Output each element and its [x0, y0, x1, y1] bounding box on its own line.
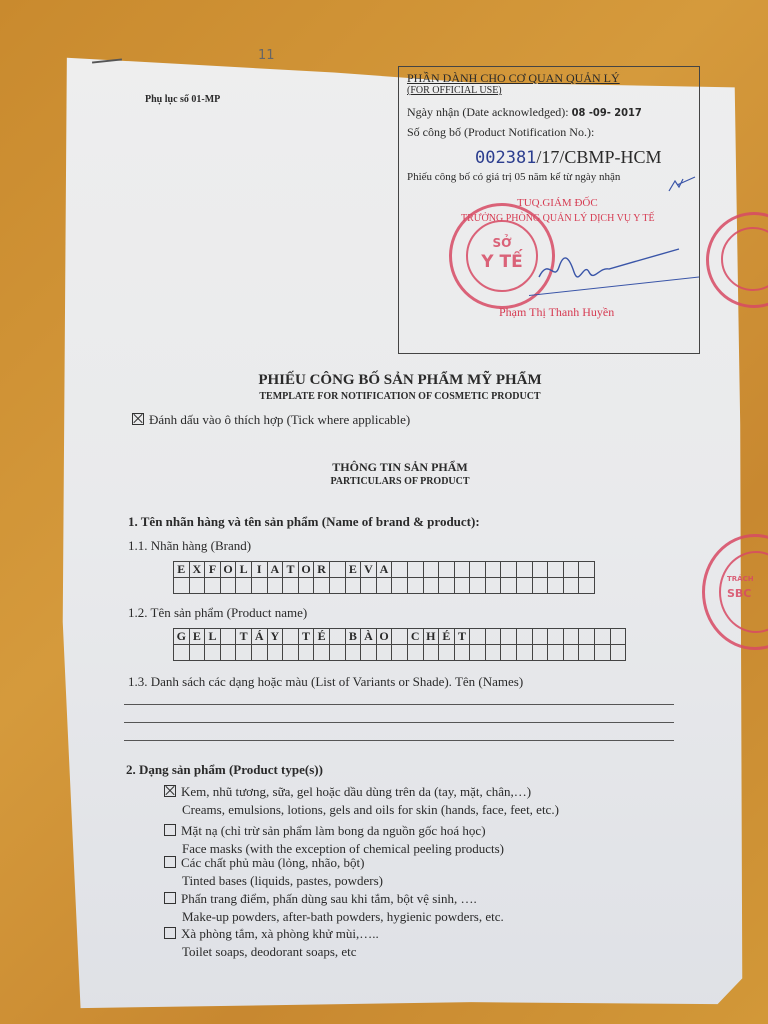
grid-cell[interactable] [283, 578, 299, 594]
grid-cell[interactable] [517, 578, 533, 594]
grid-cell[interactable]: F [205, 562, 221, 578]
grid-cell[interactable] [236, 578, 252, 594]
grid-cell[interactable] [501, 629, 517, 645]
form-title-en: TEMPLATE FOR NOTIFICATION OF COSMETIC PR… [0, 391, 768, 402]
section-title-vi: THÔNG TIN SẢN PHẨM [0, 460, 768, 475]
grid-cell[interactable] [376, 645, 392, 661]
grid-cell[interactable] [548, 578, 564, 594]
grid-cell[interactable] [485, 578, 501, 594]
product-name-input-grid[interactable]: GELTÁYTÉBÀOCHÉT [173, 628, 626, 661]
grid-cell[interactable] [174, 578, 190, 594]
notification-label: Số công bố (Product Notification No.): [407, 125, 594, 140]
option-label-en: Toilet soaps, deodorant soaps, etc [182, 944, 357, 960]
section2-heading: 2. Dạng sản phẩm (Product type(s)) [126, 762, 323, 778]
official-title-en: (FOR OFFICIAL USE) [407, 85, 502, 96]
checkbox-icon[interactable] [164, 892, 176, 904]
grid-cell[interactable] [376, 578, 392, 594]
grid-cell[interactable] [563, 562, 579, 578]
grid-cell[interactable]: B [345, 629, 361, 645]
grid-cell[interactable] [548, 562, 564, 578]
signature [529, 237, 699, 307]
grid-cell[interactable]: E [174, 562, 190, 578]
grid-cell[interactable] [174, 645, 190, 661]
grid-cell[interactable] [470, 645, 486, 661]
option-label-vi: Phấn trang điểm, phấn dùng sau khi tắm, … [181, 891, 477, 906]
section-title-en: PARTICULARS OF PRODUCT [0, 476, 768, 487]
date-label: Ngày nhận (Date acknowledged): [407, 105, 569, 119]
section1-heading: 1. Tên nhãn hàng và tên sản phẩm (Name o… [128, 514, 480, 530]
product-type-option[interactable]: Phấn trang điểm, phấn dùng sau khi tắm, … [164, 891, 477, 907]
grid-cell[interactable] [392, 562, 408, 578]
grid-cell[interactable] [563, 629, 579, 645]
variants-line-2[interactable] [124, 722, 674, 723]
option-label-en: Tinted bases (liquids, pastes, powders) [182, 873, 383, 889]
grid-cell[interactable] [423, 578, 439, 594]
grid-cell[interactable]: O [376, 629, 392, 645]
grid-cell[interactable] [329, 629, 345, 645]
grid-cell[interactable] [189, 578, 205, 594]
brand-input-grid[interactable]: EXFOLIATOREVA [173, 561, 595, 594]
grid-cell[interactable]: H [423, 629, 439, 645]
grid-cell[interactable]: G [174, 629, 190, 645]
grid-cell[interactable] [501, 645, 517, 661]
grid-cell[interactable] [392, 645, 408, 661]
grid-cell[interactable] [392, 578, 408, 594]
grid-cell[interactable]: L [236, 562, 252, 578]
grid-cell[interactable] [470, 578, 486, 594]
grid-cell[interactable] [595, 645, 611, 661]
grid-cell[interactable]: Á [251, 629, 267, 645]
grid-cell[interactable] [501, 578, 517, 594]
tick-instruction: Đánh dấu vào ô thích hợp (Tick where app… [132, 412, 410, 428]
grid-cell[interactable] [392, 629, 408, 645]
tick-instruction-text: Đánh dấu vào ô thích hợp (Tick where app… [149, 412, 410, 427]
grid-cell[interactable] [220, 645, 236, 661]
grid-cell[interactable] [439, 645, 455, 661]
grid-cell[interactable] [407, 562, 423, 578]
option-label-en: Creams, emulsions, lotions, gels and oil… [182, 802, 559, 818]
grid-cell[interactable] [220, 629, 236, 645]
notification-number: 002381/17/CBMP-HCM [475, 147, 661, 168]
grid-cell[interactable] [236, 645, 252, 661]
grid-cell[interactable] [610, 629, 626, 645]
brand-label: 1.1. Nhãn hàng (Brand) [128, 538, 251, 554]
grid-cell[interactable] [267, 645, 283, 661]
grid-cell[interactable]: A [376, 562, 392, 578]
grid-cell[interactable]: C [407, 629, 423, 645]
grid-cell[interactable] [189, 645, 205, 661]
company-stamp-small-text: TRÁCH [727, 575, 754, 583]
checked-box-icon[interactable] [164, 785, 176, 797]
official-use-box: PHẦN DÀNH CHO CƠ QUAN QUẢN LÝ (FOR OFFIC… [398, 66, 700, 354]
authority-line1: TUQ.GIÁM ĐỐC [517, 197, 598, 209]
variants-label: 1.3. Danh sách các dạng hoặc màu (List o… [128, 674, 523, 690]
grid-cell[interactable]: É [439, 629, 455, 645]
annex-label: Phụ lục số 01-MP [145, 94, 220, 105]
product-type-option[interactable]: Các chất phủ màu (lỏng, nhão, bột) [164, 855, 364, 871]
grid-cell[interactable] [470, 629, 486, 645]
company-stamp-text: SBC [727, 587, 751, 600]
official-title-vi: PHẦN DÀNH CHO CƠ QUAN QUẢN LÝ [407, 71, 620, 86]
variants-line-3[interactable] [124, 740, 674, 741]
grid-cell[interactable] [454, 645, 470, 661]
grid-cell[interactable] [439, 578, 455, 594]
grid-cell[interactable]: Y [267, 629, 283, 645]
grid-cell[interactable]: E [345, 562, 361, 578]
grid-cell[interactable]: E [189, 629, 205, 645]
checkbox-icon[interactable] [164, 927, 176, 939]
grid-cell[interactable] [283, 629, 299, 645]
grid-cell[interactable] [267, 578, 283, 594]
grid-cell[interactable] [517, 629, 533, 645]
grid-cell[interactable] [485, 629, 501, 645]
notification-suffix: /17/CBMP-HCM [536, 147, 661, 167]
grid-cell[interactable]: R [314, 562, 330, 578]
grid-cell[interactable]: X [189, 562, 205, 578]
grid-cell[interactable]: À [361, 629, 377, 645]
grid-cell[interactable]: É [314, 629, 330, 645]
grid-cell[interactable] [485, 562, 501, 578]
grid-cell[interactable]: I [251, 562, 267, 578]
grid-cell[interactable] [423, 562, 439, 578]
grid-cell[interactable] [563, 578, 579, 594]
checkbox-icon[interactable] [164, 824, 176, 836]
grid-cell[interactable] [517, 645, 533, 661]
grid-cell[interactable] [532, 645, 548, 661]
grid-cell[interactable]: T [298, 629, 314, 645]
grid-cell[interactable] [470, 562, 486, 578]
grid-cell[interactable] [298, 645, 314, 661]
grid-cell[interactable] [579, 645, 595, 661]
grid-cell[interactable] [329, 578, 345, 594]
grid-cell[interactable] [345, 645, 361, 661]
grid-cell[interactable]: T [236, 629, 252, 645]
grid-cell[interactable] [532, 562, 548, 578]
grid-cell[interactable] [251, 578, 267, 594]
grid-cell[interactable] [220, 578, 236, 594]
date-value: 08 -09- 2017 [572, 106, 642, 119]
grid-cell[interactable] [532, 629, 548, 645]
grid-cell[interactable]: O [220, 562, 236, 578]
grid-cell[interactable]: O [298, 562, 314, 578]
grid-cell[interactable] [407, 645, 423, 661]
grid-cell[interactable] [314, 578, 330, 594]
grid-cell[interactable] [439, 562, 455, 578]
grid-cell[interactable] [205, 645, 221, 661]
initials-mark [667, 175, 697, 195]
grid-cell[interactable] [423, 645, 439, 661]
grid-cell[interactable] [329, 562, 345, 578]
grid-cell[interactable] [407, 578, 423, 594]
grid-cell[interactable] [454, 562, 470, 578]
grid-cell[interactable] [251, 645, 267, 661]
grid-cell[interactable]: L [205, 629, 221, 645]
grid-cell[interactable] [610, 645, 626, 661]
grid-cell[interactable] [501, 562, 517, 578]
grid-cell[interactable] [548, 629, 564, 645]
option-label-vi: Mặt nạ (chỉ trừ sản phẩm làm bong da ngu… [181, 823, 486, 838]
grid-cell[interactable] [517, 562, 533, 578]
grid-cell[interactable] [579, 578, 595, 594]
grid-cell[interactable] [314, 645, 330, 661]
grid-cell[interactable] [345, 578, 361, 594]
grid-cell[interactable] [454, 578, 470, 594]
grid-cell[interactable] [485, 645, 501, 661]
grid-cell[interactable] [298, 578, 314, 594]
option-label-vi: Các chất phủ màu (lỏng, nhão, bột) [181, 855, 364, 870]
option-label-vi: Xà phòng tắm, xà phòng khử mùi,….. [181, 926, 379, 941]
option-label-en: Make-up powders, after-bath powders, hyg… [182, 909, 504, 925]
grid-cell[interactable] [361, 578, 377, 594]
validity-text: Phiếu công bố có giá trị 05 năm kể từ ng… [407, 171, 620, 183]
grid-cell[interactable] [283, 645, 299, 661]
grid-cell[interactable] [563, 645, 579, 661]
variants-line-1[interactable] [124, 704, 674, 705]
checkbox-icon[interactable] [164, 856, 176, 868]
notification-number-stamp: 002381 [475, 148, 536, 168]
grid-cell[interactable]: T [283, 562, 299, 578]
option-label-vi: Kem, nhũ tương, sữa, gel hoặc dầu dùng t… [181, 784, 531, 799]
grid-cell[interactable] [579, 629, 595, 645]
product-type-option[interactable]: Xà phòng tắm, xà phòng khử mùi,….. [164, 926, 379, 942]
grid-cell[interactable]: T [454, 629, 470, 645]
form-title-vi: PHIẾU CÔNG BỐ SẢN PHẨM MỸ PHẨM [0, 372, 768, 389]
signer-name: Phạm Thị Thanh Huyền [499, 305, 614, 320]
checked-box-icon [132, 413, 144, 425]
product-name-label: 1.2. Tên sản phẩm (Product name) [128, 605, 307, 621]
grid-cell[interactable] [205, 578, 221, 594]
grid-cell[interactable] [595, 629, 611, 645]
grid-cell[interactable] [548, 645, 564, 661]
grid-cell[interactable] [361, 645, 377, 661]
product-type-option[interactable]: Mặt nạ (chỉ trừ sản phẩm làm bong da ngu… [164, 823, 486, 839]
grid-cell[interactable] [329, 645, 345, 661]
grid-cell[interactable] [532, 578, 548, 594]
handwritten-page-number: 11 [258, 48, 275, 63]
grid-cell[interactable]: A [267, 562, 283, 578]
product-type-option[interactable]: Kem, nhũ tương, sữa, gel hoặc dầu dùng t… [164, 784, 531, 800]
date-acknowledged-row: Ngày nhận (Date acknowledged): 08 -09- 2… [407, 105, 642, 120]
grid-cell[interactable] [579, 562, 595, 578]
grid-cell[interactable]: V [361, 562, 377, 578]
